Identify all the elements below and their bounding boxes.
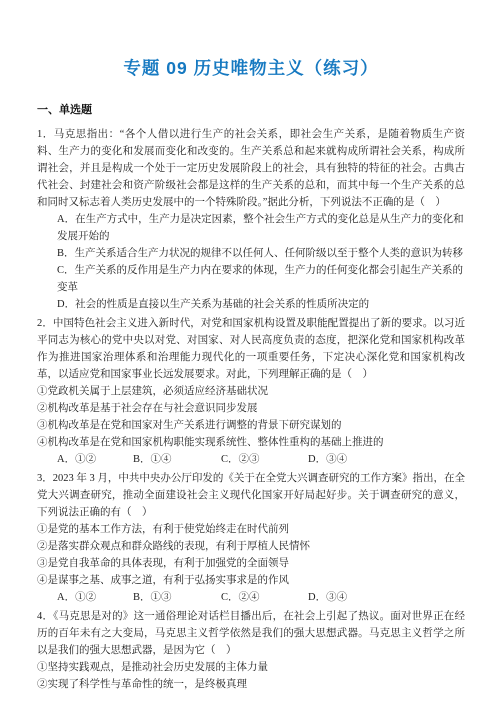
document-page: 专题 09 历史唯物主义（练习） 一、单选题 1．马克思指出：“各个人借以进行生… xyxy=(0,0,496,702)
question-1-option-b: B．生产关系适合生产力状况的规律不以任何人、任何阶级以至于整个人类的意识为转移 xyxy=(37,245,465,262)
question-2-answer-row: A．①② B．①④ C．②③ D．③④ xyxy=(37,451,465,468)
question-2-statement-1: ①党政机关属于上层建筑，必须适应经济基础状况 xyxy=(37,383,465,400)
question-1-option-a: A．在生产方式中，生产力是决定因素，整个社会生产方式的变化总是从生产力的变化和发… xyxy=(37,211,465,245)
question-3-option-a: A．①② xyxy=(57,589,133,606)
question-2-statement-2: ②机构改革是基于社会存在与社会意识同步发展 xyxy=(37,400,465,417)
question-3-option-b: B．①③ xyxy=(133,589,221,606)
question-4-statement-1: ①坚持实践观点，是推动社会历史发展的主体力量 xyxy=(37,659,465,676)
question-4-statement-2: ②实现了科学性与革命性的统一，是终极真理 xyxy=(37,676,465,693)
question-3-statement-1: ①是党的基本工作方法，有利于使党始终走在时代前列 xyxy=(37,521,465,538)
question-1-stem: 1．马克思指出：“各个人借以进行生产的社会关系，即社会生产关系，是随着物质生产资… xyxy=(37,126,465,211)
question-3: 3．2023 年 3 月，中共中央办公厅印发的《关于在全党大兴调查研究的工作方案… xyxy=(37,470,465,606)
question-2-option-d: D．③④ xyxy=(308,451,465,468)
question-4: 4．《马克思是对的》这一通俗理论对话栏目播出后，在社会上引起了热议。面对世界正在… xyxy=(37,608,465,693)
question-2-option-c: C．②③ xyxy=(221,451,308,468)
question-2-statement-3: ③机构改革是在党和国家对生产关系进行调整的背景下研究谋划的 xyxy=(37,417,465,434)
question-1-option-c: C．生产关系的反作用是生产力内在要求的体现，生产力的任何变化都会引起生产关系的变… xyxy=(37,262,465,296)
question-2-statement-4: ④机构改革是在党和国家机构职能实现系统性、整体性重构的基础上推进的 xyxy=(37,434,465,451)
question-1-option-d: D．社会的性质是直接以生产关系为基础的社会关系的性质所决定的 xyxy=(37,296,465,313)
question-3-statement-2: ②是落实群众观点和群众路线的表现，有利于厚植人民情怀 xyxy=(37,538,465,555)
document-content: 专题 09 历史唯物主义（练习） 一、单选题 1．马克思指出：“各个人借以进行生… xyxy=(0,0,496,693)
question-2: 2．中国特色社会主义进入新时代，对党和国家机构设置及职能配置提出了新的要求。以习… xyxy=(37,315,465,468)
question-3-answer-row: A．①② B．①③ C．②④ D．③④ xyxy=(37,589,465,606)
question-2-option-a: A．①② xyxy=(57,451,133,468)
question-2-option-b: B．①④ xyxy=(133,451,221,468)
page-title: 专题 09 历史唯物主义（练习） xyxy=(37,55,465,80)
section-heading: 一、单选题 xyxy=(37,101,465,117)
question-3-statement-4: ④是谋事之基、成事之道，有利于弘扬实事求是的作风 xyxy=(37,572,465,589)
question-2-stem: 2．中国特色社会主义进入新时代，对党和国家机构设置及职能配置提出了新的要求。以习… xyxy=(37,315,465,383)
question-1: 1．马克思指出：“各个人借以进行生产的社会关系，即社会生产关系，是随着物质生产资… xyxy=(37,126,465,313)
question-4-stem: 4．《马克思是对的》这一通俗理论对话栏目播出后，在社会上引起了热议。面对世界正在… xyxy=(37,608,465,659)
question-3-option-c: C．②④ xyxy=(221,589,308,606)
question-3-stem: 3．2023 年 3 月，中共中央办公厅印发的《关于在全党大兴调查研究的工作方案… xyxy=(37,470,465,521)
question-3-option-d: D．③④ xyxy=(308,589,465,606)
question-3-statement-3: ③是党自我革命的具体表现，有利于加强党的全面领导 xyxy=(37,555,465,572)
